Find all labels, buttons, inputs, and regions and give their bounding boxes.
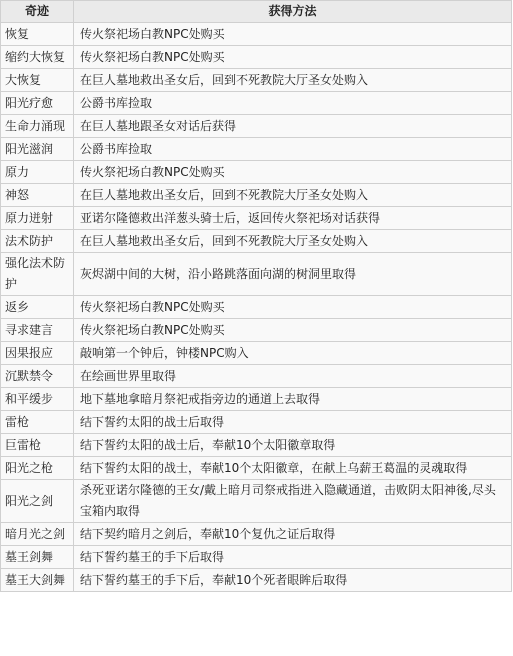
miracle-name: 大恢复 bbox=[1, 69, 74, 92]
table-row: 暗月光之剑结下契约暗月之剑后，奉献10个复仇之证后取得 bbox=[1, 523, 512, 546]
table-row: 生命力涌现在巨人墓地跟圣女对话后获得 bbox=[1, 115, 512, 138]
miracle-name: 生命力涌现 bbox=[1, 115, 74, 138]
miracle-name: 强化法术防护 bbox=[1, 253, 74, 296]
miracle-name: 暗月光之剑 bbox=[1, 523, 74, 546]
miracle-name: 寻求建言 bbox=[1, 319, 74, 342]
miracle-name: 阳光滋润 bbox=[1, 138, 74, 161]
table-row: 因果报应敲响第一个钟后，钟楼NPC购入 bbox=[1, 342, 512, 365]
table-row: 神怒在巨人墓地救出圣女后，回到不死教院大厅圣女处购入 bbox=[1, 184, 512, 207]
table-body: 恢复传火祭祀场白教NPC处购买缩约大恢复传火祭祀场白教NPC处购买大恢复在巨人墓… bbox=[1, 23, 512, 592]
acquisition-method: 结下契约暗月之剑后，奉献10个复仇之证后取得 bbox=[74, 523, 512, 546]
table-row: 沉默禁令在绘画世界里取得 bbox=[1, 365, 512, 388]
miracle-name: 原力迸射 bbox=[1, 207, 74, 230]
acquisition-method: 敲响第一个钟后，钟楼NPC购入 bbox=[74, 342, 512, 365]
miracle-name: 墓王大剑舞 bbox=[1, 569, 74, 592]
miracle-name: 阳光之剑 bbox=[1, 480, 74, 523]
table-row: 缩约大恢复传火祭祀场白教NPC处购买 bbox=[1, 46, 512, 69]
acquisition-method: 地下墓地拿暗月祭祀戒指旁边的通道上去取得 bbox=[74, 388, 512, 411]
acquisition-method: 在巨人墓地救出圣女后，回到不死教院大厅圣女处购入 bbox=[74, 184, 512, 207]
miracle-name: 返乡 bbox=[1, 296, 74, 319]
table-row: 和平缓步地下墓地拿暗月祭祀戒指旁边的通道上去取得 bbox=[1, 388, 512, 411]
acquisition-method: 亚诺尔隆德救出洋葱头骑士后，返回传火祭祀场对话获得 bbox=[74, 207, 512, 230]
miracle-name: 因果报应 bbox=[1, 342, 74, 365]
table-row: 寻求建言传火祭祀场白教NPC处购买 bbox=[1, 319, 512, 342]
table-row: 阳光疗愈公爵书库捡取 bbox=[1, 92, 512, 115]
table-row: 墓王大剑舞结下誓约墓王的手下后，奉献10个死者眼眸后取得 bbox=[1, 569, 512, 592]
acquisition-method: 结下誓约太阳的战士后，奉献10个太阳徽章取得 bbox=[74, 434, 512, 457]
acquisition-method: 传火祭祀场白教NPC处购买 bbox=[74, 296, 512, 319]
acquisition-method: 传火祭祀场白教NPC处购买 bbox=[74, 23, 512, 46]
header-miracle: 奇迹 bbox=[1, 1, 74, 23]
acquisition-method: 结下誓约墓王的手下后，奉献10个死者眼眸后取得 bbox=[74, 569, 512, 592]
miracle-name: 缩约大恢复 bbox=[1, 46, 74, 69]
table-header-row: 奇迹 获得方法 bbox=[1, 1, 512, 23]
acquisition-method: 结下誓约墓王的手下后取得 bbox=[74, 546, 512, 569]
table-row: 原力迸射亚诺尔隆德救出洋葱头骑士后，返回传火祭祀场对话获得 bbox=[1, 207, 512, 230]
table-row: 原力传火祭祀场白教NPC处购买 bbox=[1, 161, 512, 184]
acquisition-method: 结下誓约太阳的战士后取得 bbox=[74, 411, 512, 434]
miracle-name: 阳光疗愈 bbox=[1, 92, 74, 115]
miracle-name: 恢复 bbox=[1, 23, 74, 46]
header-method: 获得方法 bbox=[74, 1, 512, 23]
table-row: 阳光滋润公爵书库捡取 bbox=[1, 138, 512, 161]
table-row: 雷枪结下誓约太阳的战士后取得 bbox=[1, 411, 512, 434]
miracle-name: 和平缓步 bbox=[1, 388, 74, 411]
acquisition-method: 公爵书库捡取 bbox=[74, 138, 512, 161]
miracle-name: 沉默禁令 bbox=[1, 365, 74, 388]
miracle-name: 巨雷枪 bbox=[1, 434, 74, 457]
acquisition-method: 在绘画世界里取得 bbox=[74, 365, 512, 388]
table-row: 恢复传火祭祀场白教NPC处购买 bbox=[1, 23, 512, 46]
acquisition-method: 杀死亚诺尔隆德的王女/戴上暗月司祭戒指进入隐藏通道，击败阴太阳神後,尽头宝箱内取… bbox=[74, 480, 512, 523]
acquisition-method: 灰烬湖中间的大树，沿小路跳落面向湖的树洞里取得 bbox=[74, 253, 512, 296]
acquisition-method: 在巨人墓地救出圣女后，回到不死教院大厅圣女处购入 bbox=[74, 69, 512, 92]
miracle-name: 原力 bbox=[1, 161, 74, 184]
acquisition-method: 传火祭祀场白教NPC处购买 bbox=[74, 319, 512, 342]
miracle-name: 法术防护 bbox=[1, 230, 74, 253]
miracle-name: 阳光之枪 bbox=[1, 457, 74, 480]
table-row: 强化法术防护灰烬湖中间的大树，沿小路跳落面向湖的树洞里取得 bbox=[1, 253, 512, 296]
miracle-name: 墓王剑舞 bbox=[1, 546, 74, 569]
acquisition-method: 公爵书库捡取 bbox=[74, 92, 512, 115]
table-row: 墓王剑舞结下誓约墓王的手下后取得 bbox=[1, 546, 512, 569]
miracle-name: 雷枪 bbox=[1, 411, 74, 434]
table-row: 法术防护在巨人墓地救出圣女后，回到不死教院大厅圣女处购入 bbox=[1, 230, 512, 253]
acquisition-method: 结下誓约太阳的战士，奉献10个太阳徽章，在献上乌薪王葛温的灵魂取得 bbox=[74, 457, 512, 480]
table-row: 大恢复在巨人墓地救出圣女后，回到不死教院大厅圣女处购入 bbox=[1, 69, 512, 92]
table-row: 返乡传火祭祀场白教NPC处购买 bbox=[1, 296, 512, 319]
acquisition-method: 在巨人墓地跟圣女对话后获得 bbox=[74, 115, 512, 138]
acquisition-method: 传火祭祀场白教NPC处购买 bbox=[74, 161, 512, 184]
table-row: 阳光之剑杀死亚诺尔隆德的王女/戴上暗月司祭戒指进入隐藏通道，击败阴太阳神後,尽头… bbox=[1, 480, 512, 523]
table-row: 巨雷枪结下誓约太阳的战士后，奉献10个太阳徽章取得 bbox=[1, 434, 512, 457]
acquisition-method: 传火祭祀场白教NPC处购买 bbox=[74, 46, 512, 69]
miracle-name: 神怒 bbox=[1, 184, 74, 207]
miracles-table: 奇迹 获得方法 恢复传火祭祀场白教NPC处购买缩约大恢复传火祭祀场白教NPC处购… bbox=[0, 0, 512, 592]
table-row: 阳光之枪结下誓约太阳的战士，奉献10个太阳徽章，在献上乌薪王葛温的灵魂取得 bbox=[1, 457, 512, 480]
acquisition-method: 在巨人墓地救出圣女后，回到不死教院大厅圣女处购入 bbox=[74, 230, 512, 253]
